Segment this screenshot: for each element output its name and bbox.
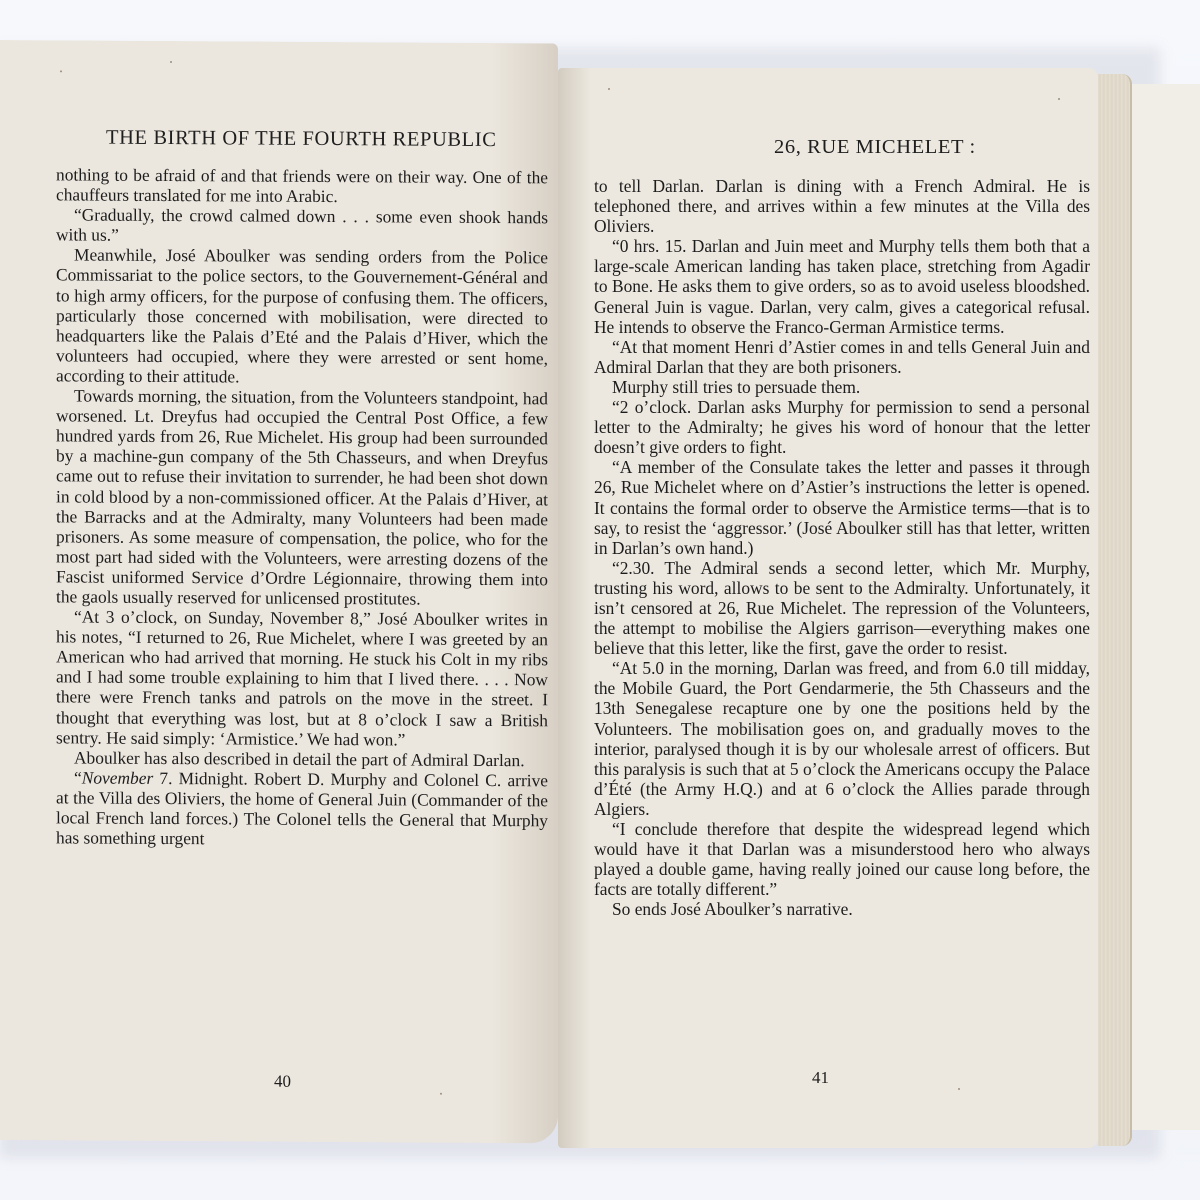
right-page: 26, RUE MICHELET : to tell Darlan. Darla… bbox=[558, 68, 1098, 1148]
paper-speck bbox=[60, 70, 62, 72]
page-edges bbox=[1098, 74, 1132, 1146]
left-page: THE BIRTH OF THE FOURTH REPUBLIC nothing… bbox=[0, 40, 558, 1143]
paragraph: nothing to be afraid of and that friends… bbox=[56, 164, 548, 207]
paragraph: “At 3 o’clock, on Sunday, November 8,” J… bbox=[56, 606, 548, 750]
paragraph: “2.30. The Admiral sends a second letter… bbox=[594, 558, 1090, 658]
paper-speck bbox=[1058, 98, 1060, 100]
paragraph: Towards morning, the situation, from the… bbox=[56, 385, 548, 609]
left-running-head: THE BIRTH OF THE FOURTH REPUBLIC bbox=[106, 127, 497, 152]
paragraph: “At 5.0 in the morning, Darlan was freed… bbox=[594, 658, 1090, 819]
paragraph: “Gradually, the crowd calmed down . . . … bbox=[56, 205, 548, 248]
italic-date: November bbox=[82, 767, 153, 787]
book-photo-scene: THE BIRTH OF THE FOURTH REPUBLIC nothing… bbox=[0, 0, 1200, 1200]
right-running-head: 26, RUE MICHELET : bbox=[774, 136, 976, 159]
right-page-body: to tell Darlan. Darlan is dining with a … bbox=[594, 176, 1090, 919]
paragraph: to tell Darlan. Darlan is dining with a … bbox=[594, 176, 1090, 236]
paragraph: So ends José Aboulker’s narrative. bbox=[594, 899, 1090, 919]
paragraph: “A member of the Consulate takes the let… bbox=[594, 457, 1090, 557]
paragraph: “At that moment Henri d’Astier comes in … bbox=[594, 337, 1090, 377]
paper-speck bbox=[608, 88, 610, 90]
paragraph: “I conclude therefore that despite the w… bbox=[594, 819, 1090, 899]
paper-speck bbox=[440, 1093, 442, 1095]
paragraph: “November 7. Midnight. Robert D. Murphy … bbox=[56, 767, 548, 850]
back-cover bbox=[1130, 84, 1200, 1130]
right-page-number: 41 bbox=[812, 1068, 829, 1088]
paper-speck bbox=[958, 1088, 960, 1090]
paper-speck bbox=[170, 61, 172, 63]
paragraph: Meanwhile, José Aboulker was sending ord… bbox=[56, 245, 548, 389]
paragraph: “0 hrs. 15. Darlan and Juin meet and Mur… bbox=[594, 236, 1090, 336]
left-page-number: 40 bbox=[274, 1072, 291, 1092]
paragraph: “2 o’clock. Darlan asks Murphy for permi… bbox=[594, 397, 1090, 457]
paragraph: Murphy still tries to persuade them. bbox=[594, 377, 1090, 397]
left-page-body: nothing to be afraid of and that friends… bbox=[56, 164, 548, 850]
open-quote: “ bbox=[74, 767, 82, 787]
